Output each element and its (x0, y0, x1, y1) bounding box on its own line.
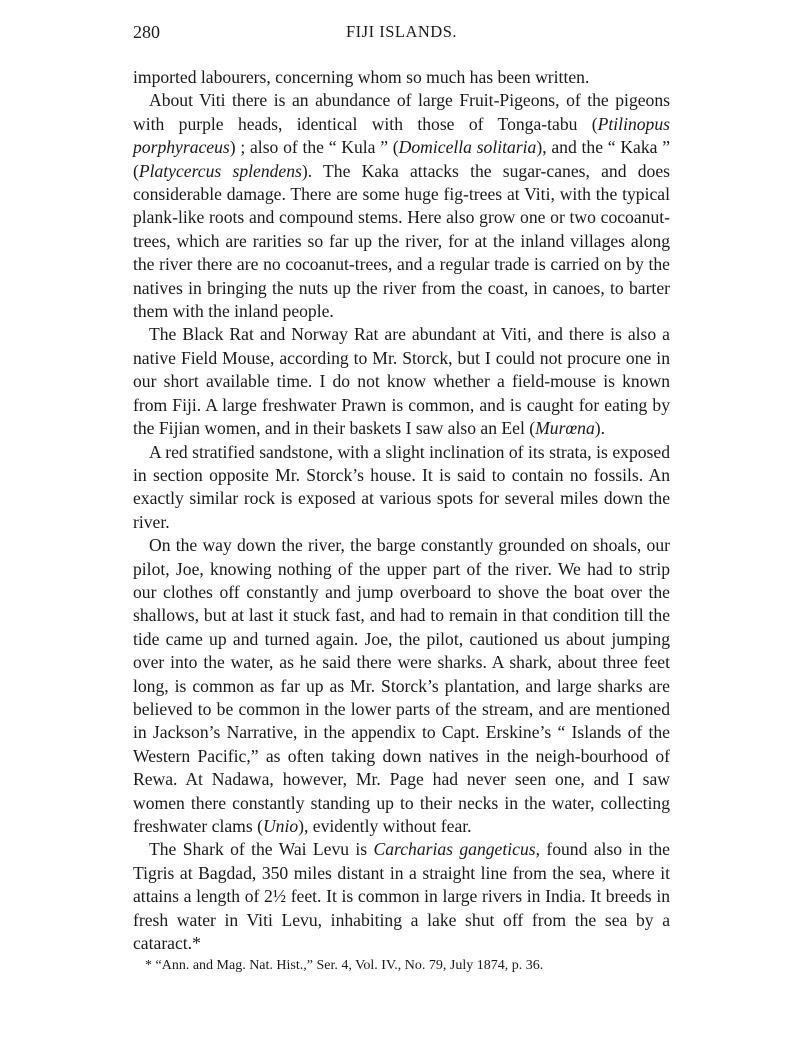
text-run: On the way down the river, the barge con… (133, 535, 670, 836)
page-header: 280 FIJI ISLANDS. (133, 22, 670, 52)
paragraph: On the way down the river, the barge con… (133, 534, 670, 838)
paragraph: A red stratified sandstone, with a sligh… (133, 441, 670, 535)
italic-term: Domicella solitaria (399, 137, 537, 157)
paragraph: About Viti there is an abundance of larg… (133, 89, 670, 323)
italic-term: Unio (263, 816, 298, 836)
body-text: imported labourers, concerning whom so m… (133, 66, 670, 955)
paragraph: imported labourers, concerning whom so m… (133, 66, 670, 89)
text-run: imported labourers, concerning whom so m… (133, 67, 589, 87)
italic-term: Platycercus splendens (139, 161, 302, 181)
paragraph: The Shark of the Wai Levu is Carcharias … (133, 838, 670, 955)
text-run: ). (595, 418, 605, 438)
paragraph: The Black Rat and Norway Rat are abundan… (133, 323, 670, 440)
text-run: The Shark of the Wai Levu is (149, 839, 374, 859)
italic-term: Carcharias gangeticus (374, 839, 536, 859)
text-run: About Viti there is an abundance of larg… (133, 90, 670, 133)
text-run: ) ; also of the “ Kula ” ( (230, 137, 399, 157)
text-run: A red stratified sandstone, with a sligh… (133, 442, 670, 532)
text-run: ). The Kaka attacks the sugar-canes, and… (133, 161, 670, 321)
italic-term: Murœna (535, 418, 595, 438)
book-page: 280 FIJI ISLANDS. imported labourers, co… (133, 0, 670, 975)
text-run: ), evidently without fear. (298, 816, 471, 836)
running-title: FIJI ISLANDS. (133, 22, 670, 42)
footnote: * “Ann. and Mag. Nat. Hist.,” Ser. 4, Vo… (133, 957, 670, 975)
